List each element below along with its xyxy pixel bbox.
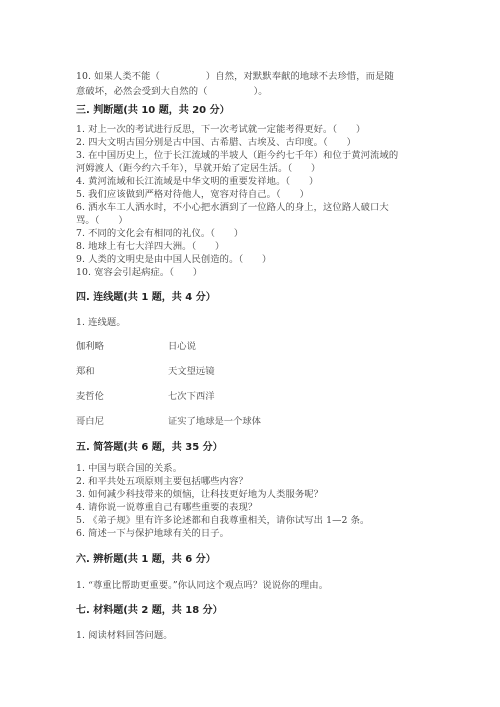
judgment-item: 7. 不同的文化会有相同的礼仪。（ ） [76, 228, 243, 240]
q10-text-a: 10. 如果人类不能（ [76, 71, 160, 82]
section-heading-short-answer: 五. 简答题(共 6 题，共 35 分） [76, 441, 223, 454]
short-answer-item: 4. 请你说一说尊重自己有哪些重要的表现？ [76, 502, 257, 514]
fill-blank-q10-line2: 意破坏，必然会受到大自然的（）。 [76, 86, 268, 98]
matching-left-item: 麦哲伦 [76, 391, 104, 403]
judgment-item: 9. 人类的文明史是由中国人民创造的。（ ） [76, 254, 271, 266]
judgment-item-cont: 河姆渡人（距今约六千年），早就开始了定居生活。（ ） [76, 163, 320, 175]
fill-blank-q10-line1: 10. 如果人类不能（）自然，对默默奉献的地球不去珍惜，而是随 [76, 71, 394, 83]
matching-left-item: 哥白尼 [76, 416, 104, 428]
matching-left-item: 伽利略 [76, 341, 104, 353]
short-answer-item: 5. 《弟子规》里有许多论述都和自我尊重相关，请你试写出 1—2 条。 [76, 515, 369, 527]
judgment-item: 3. 在中国历史上，位于长江流域的半坡人（距今约七千年）和位于黄河流域的 [76, 150, 398, 162]
matching-question: 1. 连线题。 [76, 317, 126, 329]
section-heading-material: 七. 材料题(共 2 题，共 18 分） [76, 604, 223, 617]
judgment-item: 10. 宽容会引起病症。（ ） [76, 267, 202, 279]
short-answer-item: 1. 中国与联合国的关系。 [76, 463, 182, 475]
material-item: 1. 阅读材料回答问题。 [76, 630, 173, 642]
short-answer-item: 2. 和平共处五项原则主要包括哪些内容？ [76, 476, 248, 488]
judgment-item: 5. 我们应该做到严格对待他人，宽容对待自己。（ ） [76, 189, 309, 201]
matching-right-item: 证实了地球是一个球体 [168, 416, 261, 428]
judgment-item: 2. 四大文明古国分别是古中国、古希腊、古埃及、古印度。（ ） [76, 137, 356, 149]
judgment-item: 8. 地球上有七大洋四大洲。（ ） [76, 241, 224, 253]
matching-right-item: 天文望远镜 [168, 366, 215, 378]
section-heading-judgment: 三. 判断题(共 10 题，共 20 分） [76, 104, 230, 117]
short-answer-item: 6. 简述一下与保护地球有关的日子。 [76, 528, 229, 540]
section-heading-analysis: 六. 辨析题(共 1 题，共 6 分） [76, 553, 216, 566]
section-heading-matching: 四. 连线题(共 1 题，共 4 分） [76, 291, 216, 304]
q10-text-c: 意破坏，必然会受到大自然的（ [76, 86, 208, 97]
judgment-item: 6. 洒水车工人洒水时，不小心把水洒到了一位路人的身上，这位路人破口大 [76, 202, 389, 214]
exam-page: 10. 如果人类不能（）自然，对默默奉献的地球不去珍惜，而是随 意破坏，必然会受… [0, 0, 500, 707]
short-answer-item: 3. 如何减少科技带来的烦恼，让科技更好地为人类服务呢？ [76, 489, 323, 501]
q10-text-d: ）。 [254, 86, 268, 97]
matching-left-item: 郑和 [76, 366, 95, 378]
matching-right-item: 七次下西洋 [168, 391, 215, 403]
judgment-item: 4. 黄河流域和长江流域是中华文明的重要发祥地。（ ） [76, 176, 318, 188]
judgment-item: 1. 对上一次的考试进行反思，下一次考试就一定能考得更好。（ ） [76, 124, 365, 136]
analysis-item: 1. “尊重比帮助更重要。”你认同这个观点吗？说说你的理由。 [76, 580, 328, 592]
q10-text-b: ）自然，对默默奉献的地球不去珍惜，而是随 [206, 71, 394, 82]
judgment-item-cont: 骂。（ ） [76, 215, 128, 227]
matching-right-item: 日心说 [168, 341, 196, 353]
